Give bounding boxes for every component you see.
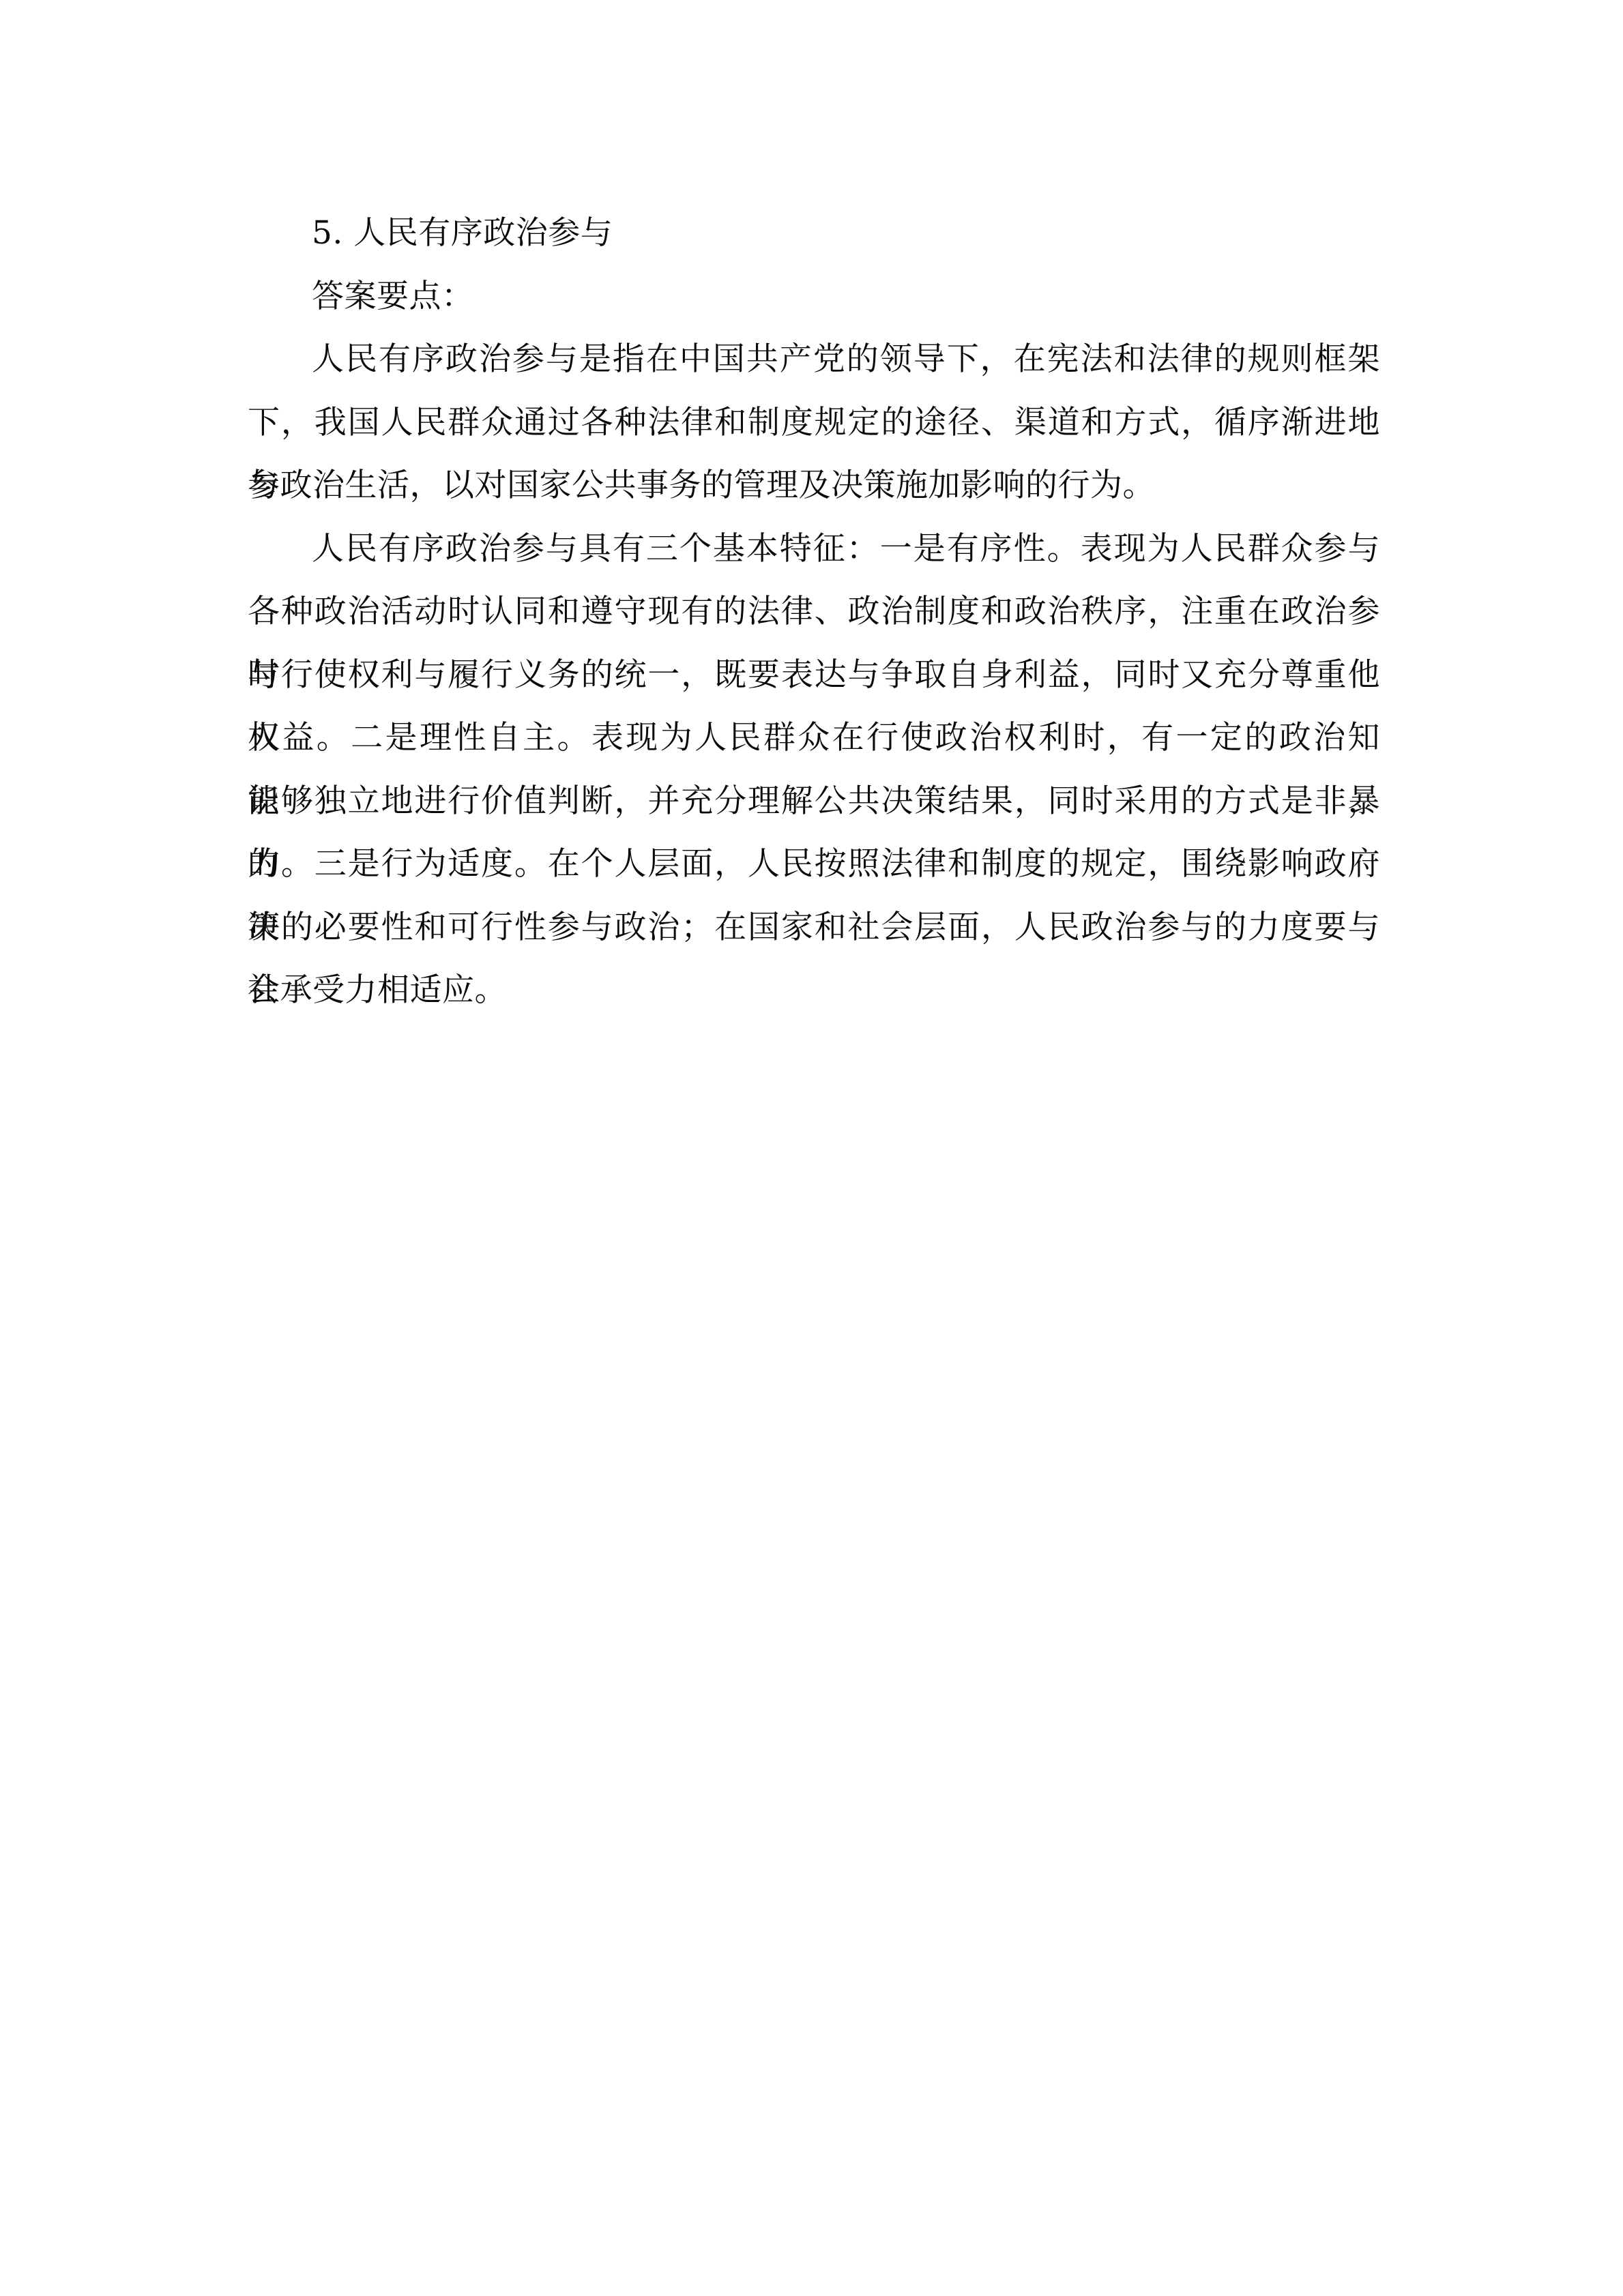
paragraph-line: 时行使权利与履行义务的统一，既要表达与争取自身利益，同时又充分尊重他人	[248, 644, 1380, 707]
paragraph-line: 的。三是行为适度。在个人层面，人民按照法律和制度的规定，围绕影响政府决	[248, 833, 1380, 896]
paragraph-line: 与政治生活，以对国家公共事务的管理及决策施加影响的行为。	[248, 454, 1380, 518]
paragraph-line: 各种政治活动时认同和遵守现有的法律、政治制度和政治秩序，注重在政治参与	[248, 580, 1380, 644]
document-page: 5. 人民有序政治参与 答案要点： 人民有序政治参与是指在中国共产党的领导下，在…	[0, 0, 1623, 2296]
paragraph-line: 人民有序政治参与具有三个基本特征：一是有序性。表现为人民群众参与	[248, 518, 1380, 581]
paragraph-line: 权益。二是理性自主。表现为人民群众在行使政治权利时，有一定的政治知识，	[248, 707, 1380, 770]
section-heading: 5. 人民有序政治参与	[248, 202, 1380, 265]
document-content: 5. 人民有序政治参与 答案要点： 人民有序政治参与是指在中国共产党的领导下，在…	[248, 202, 1380, 1022]
paragraph-line: 会承受力相适应。	[248, 959, 1380, 1022]
answer-key-label: 答案要点：	[248, 265, 1380, 329]
paragraph-line: 人民有序政治参与是指在中国共产党的领导下，在宪法和法律的规则框架	[248, 328, 1380, 392]
paragraph-container: 人民有序政治参与是指在中国共产党的领导下，在宪法和法律的规则框架下，我国人民群众…	[248, 328, 1380, 1022]
paragraph-line: 能够独立地进行价值判断，并充分理解公共决策结果，同时采用的方式是非暴力	[248, 770, 1380, 834]
paragraph-line: 策的必要性和可行性参与政治；在国家和社会层面，人民政治参与的力度要与社	[248, 896, 1380, 960]
paragraph-line: 下，我国人民群众通过各种法律和制度规定的途径、渠道和方式，循序渐进地参	[248, 392, 1380, 455]
